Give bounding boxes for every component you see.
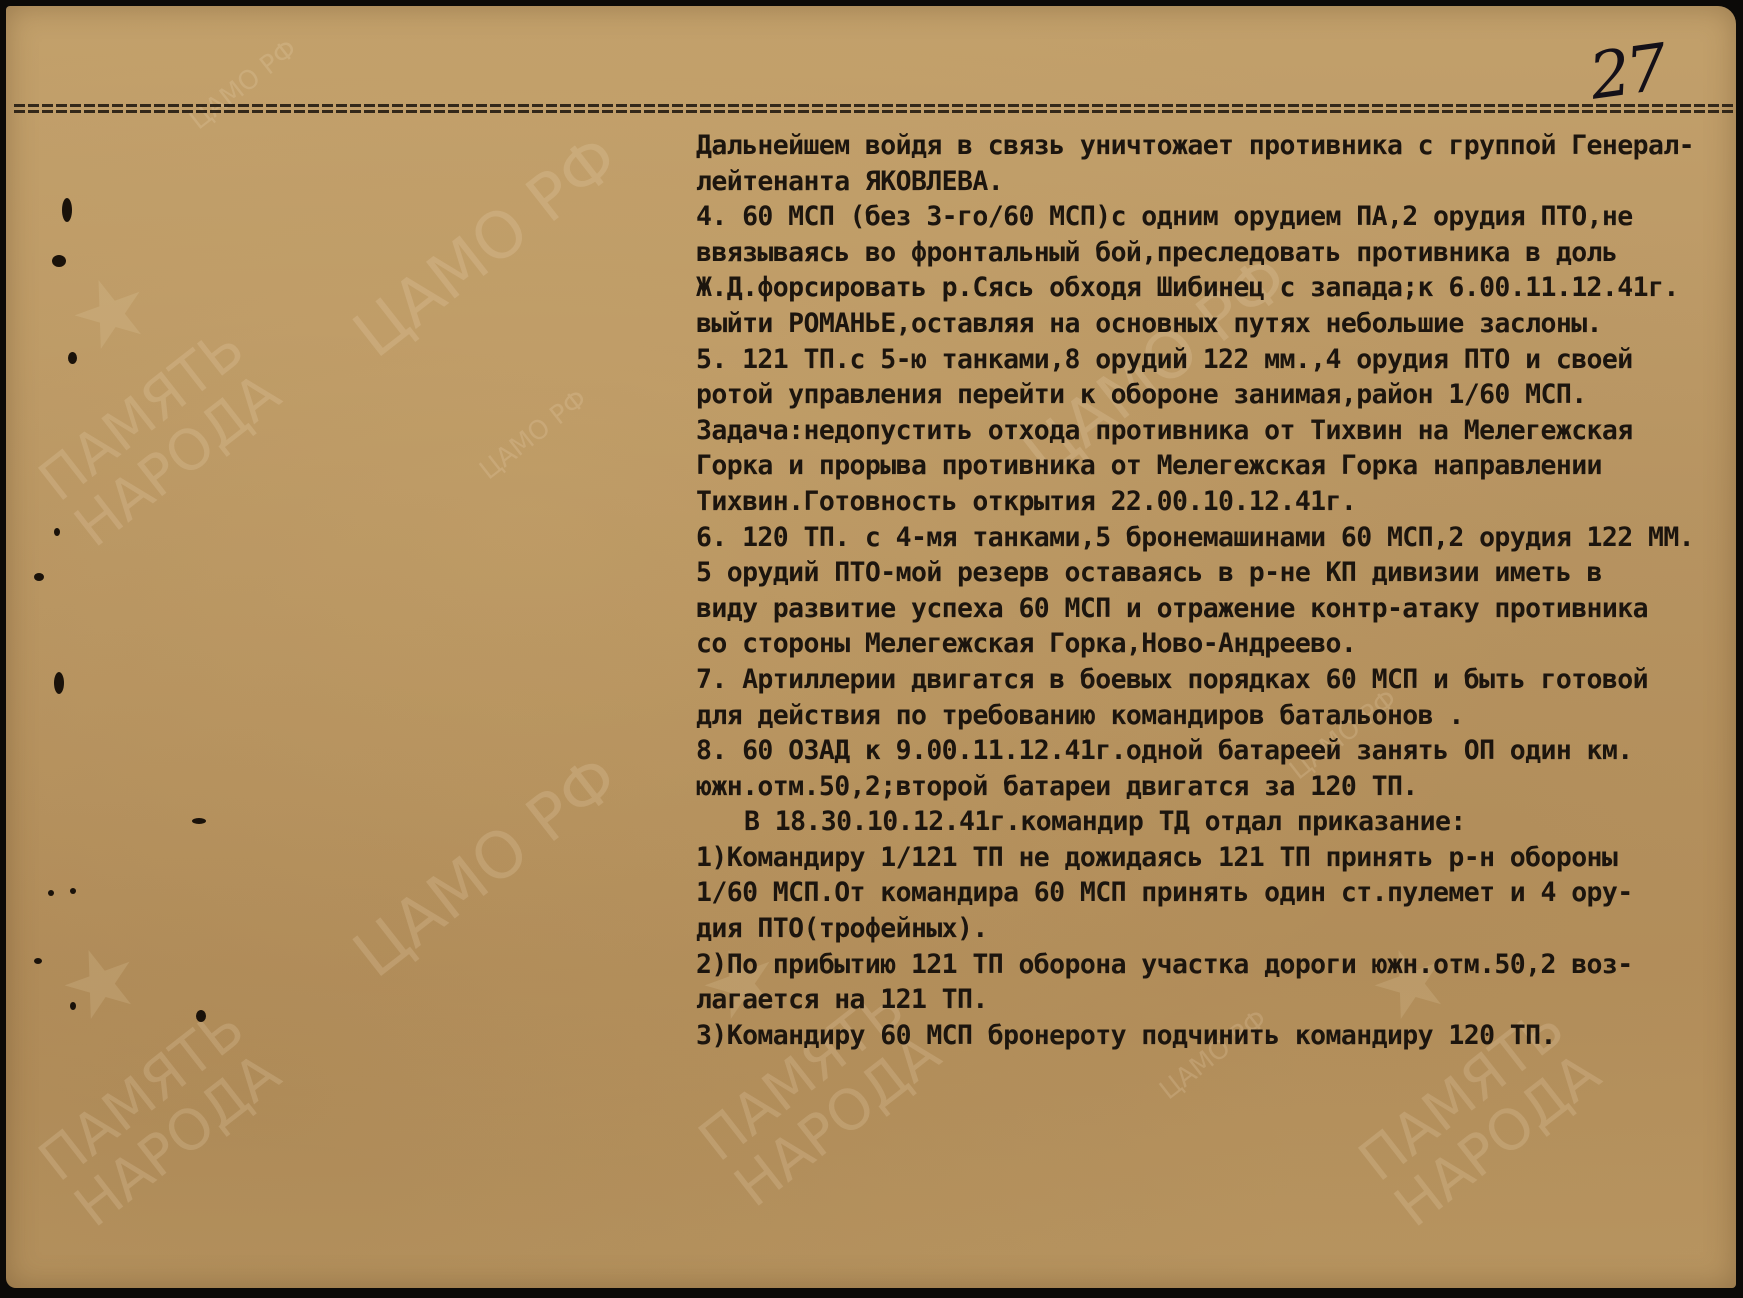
hole-mark — [192, 818, 206, 824]
text-line: ротой управления перейти к обороне заним… — [696, 377, 1736, 413]
text-line: 5 орудий ПТО-мой резерв оставаясь в р-не… — [696, 555, 1736, 591]
text-line: 4. 60 МСП (без 3-го/60 МСП)с одним оруди… — [696, 199, 1736, 235]
handwritten-page-number: 27 — [1585, 31, 1668, 115]
text-line: 1/60 МСП.От командира 60 МСП принять оди… — [696, 875, 1736, 911]
hole-mark — [54, 672, 64, 694]
text-line: дия ПТО(трофейных). — [696, 911, 1736, 947]
text-line: Дальнейшем войдя в связь уничтожает прот… — [696, 128, 1736, 164]
text-line: Горка и прорыва противника от Мелегежска… — [696, 448, 1736, 484]
text-line: со стороны Мелегежская Горка,Ново-Андрее… — [696, 626, 1736, 662]
hole-mark — [62, 198, 72, 222]
hole-mark — [70, 1002, 76, 1010]
hole-mark — [68, 352, 77, 364]
text-line: лагается на 121 ТП. — [696, 982, 1736, 1018]
hole-mark — [48, 890, 54, 896]
text-line: 8. 60 ОЗАД к 9.00.11.12.41г.одной батаре… — [696, 733, 1736, 769]
hole-mark — [34, 573, 44, 581]
text-line: Задача:недопустить отхода противника от … — [696, 413, 1736, 449]
text-line: 2)По прибытию 121 ТП оборона участка дор… — [696, 947, 1736, 983]
text-line: 7. Артиллерии двигатся в боевых порядках… — [696, 662, 1736, 698]
hole-mark — [54, 528, 60, 536]
hole-mark — [70, 888, 76, 894]
double-dash-rule — [14, 104, 1736, 114]
text-line: Тихвин.Готовность открытия 22.00.10.12.4… — [696, 484, 1736, 520]
hole-mark — [52, 255, 66, 267]
text-line: виду развитие успеха 60 МСП и отражение … — [696, 591, 1736, 627]
text-line: 5. 121 ТП.с 5-ю танками,8 орудий 122 мм.… — [696, 342, 1736, 378]
hole-mark — [34, 958, 42, 964]
text-line: для действия по требованию командиров ба… — [696, 698, 1736, 734]
text-line: 3)Командиру 60 МСП бронероту подчинить к… — [696, 1018, 1736, 1054]
text-line: ввязываясь во фронтальный бой,преследова… — [696, 235, 1736, 271]
text-line: 6. 120 ТП. с 4-мя танками,5 бронемашинам… — [696, 520, 1736, 556]
text-line: выйти РОМАНЬЕ,оставляя на основных путях… — [696, 306, 1736, 342]
text-line: лейтенанта ЯКОВЛЕВА. — [696, 164, 1736, 200]
hole-mark — [196, 1010, 206, 1022]
text-line: Ж.Д.форсировать р.Сясь обходя Шибинец с … — [696, 270, 1736, 306]
text-line: южн.отм.50,2;второй батареи двигатся за … — [696, 769, 1736, 805]
text-line: 1)Командиру 1/121 ТП не дожидаясь 121 ТП… — [696, 840, 1736, 876]
typed-order-text: Дальнейшем войдя в связь уничтожает прот… — [696, 128, 1736, 1053]
text-line: В 18.30.10.12.41г.командир ТД отдал прик… — [696, 804, 1736, 840]
